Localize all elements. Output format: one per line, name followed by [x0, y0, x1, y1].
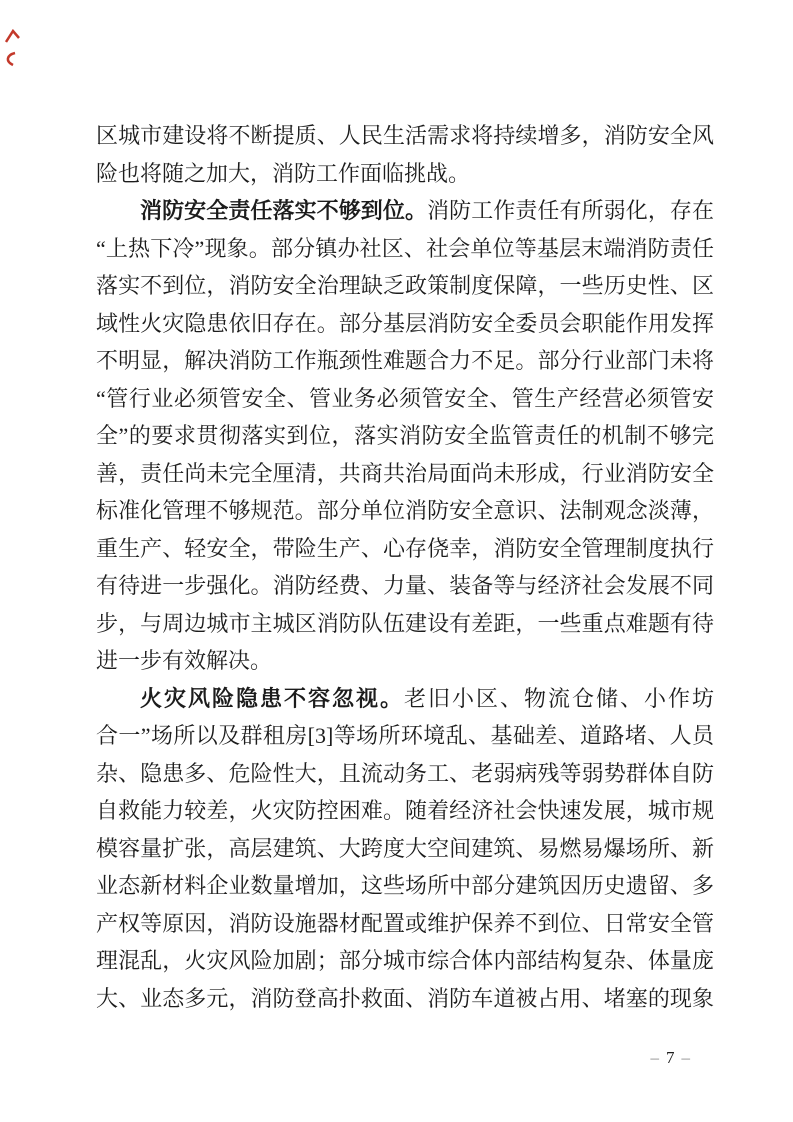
text-line: 自救能力较差，火灾防控困难。随着经济社会快速发展，城市规	[96, 792, 714, 830]
text-line: 全”的要求贯彻落实到位，落实消防安全监管责任的机制不够完	[96, 417, 714, 455]
text-line: 标准化管理不够规范。部分单位消防安全意识、法制观念淡薄，	[96, 492, 714, 530]
paragraph-lead-bold: 消防安全责任落实不够到位。	[140, 198, 427, 223]
text-line: 大、业态多元，消防登高扑救面、消防车道被占用、堵塞的现象	[96, 980, 714, 1018]
text-line: 业态新材料企业数量增加，这些场所中部分建筑因历史遗留、多	[96, 867, 714, 905]
text-line: 善，责任尚未完全厘清，共商共治局面尚未形成，行业消防安全	[96, 455, 714, 493]
text-line: 域性火灾隐患依旧存在。部分基层消防安全委员会职能作用发挥	[96, 305, 714, 343]
page-number-left-dash: –	[645, 1048, 667, 1067]
document-body: 区城市建设将不断提质、人民生活需求将持续增多，消防安全风 险也将随之加大，消防工…	[96, 117, 714, 1017]
paragraph-lead-line: 火灾风险隐患不容忽视。老旧小区、物流仓储、小作坊等“三	[96, 680, 714, 718]
text-line: “管行业必须管安全、管业务必须管安全、管生产经营必须管安	[96, 380, 714, 418]
red-ink-mark-icon	[2, 51, 18, 67]
text-line: 不明显，解决消防工作瓶颈性难题合力不足。部分行业部门未将	[96, 342, 714, 380]
paragraph-lead-bold: 火灾风险隐患不容忽视。	[140, 686, 404, 711]
text-line: 产权等原因，消防设施器材配置或维护保养不到位、日常安全管	[96, 905, 714, 943]
text-line: 模容量扩张，高层建筑、大跨度大空间建筑、易燃易爆场所、新	[96, 830, 714, 868]
page-number-value: 7	[666, 1048, 676, 1067]
text-line: 重生产、轻安全，带险生产、心存侥幸，消防安全管理制度执行	[96, 530, 714, 568]
text-line: 险也将随之加大，消防工作面临挑战。	[96, 155, 714, 193]
document-page: 区城市建设将不断提质、人民生活需求将持续增多，消防安全风 险也将随之加大，消防工…	[0, 0, 793, 1122]
text-line: 有待进一步强化。消防经费、力量、装备等与经济社会发展不同	[96, 567, 714, 605]
text-line: 理混乱，火灾风险加剧；部分城市综合体内部结构复杂、体量庞	[96, 942, 714, 980]
text-line: 落实不到位，消防安全治理缺乏政策制度保障，一些历史性、区	[96, 267, 714, 305]
text-line: 进一步有效解决。	[96, 642, 714, 680]
text-line: 步，与周边城市主城区消防队伍建设有差距，一些重点难题有待	[96, 605, 714, 643]
page-number-right-dash: –	[676, 1048, 698, 1067]
text-line: 杂、隐患多、危险性大，且流动务工、老弱病残等弱势群体自防	[96, 755, 714, 793]
paragraph-lead-rest: 消防工作责任有所弱化，存在	[427, 198, 714, 223]
paragraph-lead-line: 消防安全责任落实不够到位。消防工作责任有所弱化，存在	[96, 192, 714, 230]
text-line: “上热下冷”现象。部分镇办社区、社会单位等基层末端消防责任	[96, 230, 714, 268]
text-line: 合一”场所以及群租房[3]等场所环境乱、基础差、道路堵、人员	[96, 717, 714, 755]
text-line: 区城市建设将不断提质、人民生活需求将持续增多，消防安全风	[96, 117, 714, 155]
red-ink-mark-icon	[5, 29, 21, 45]
page-number: –7–	[645, 1048, 698, 1068]
